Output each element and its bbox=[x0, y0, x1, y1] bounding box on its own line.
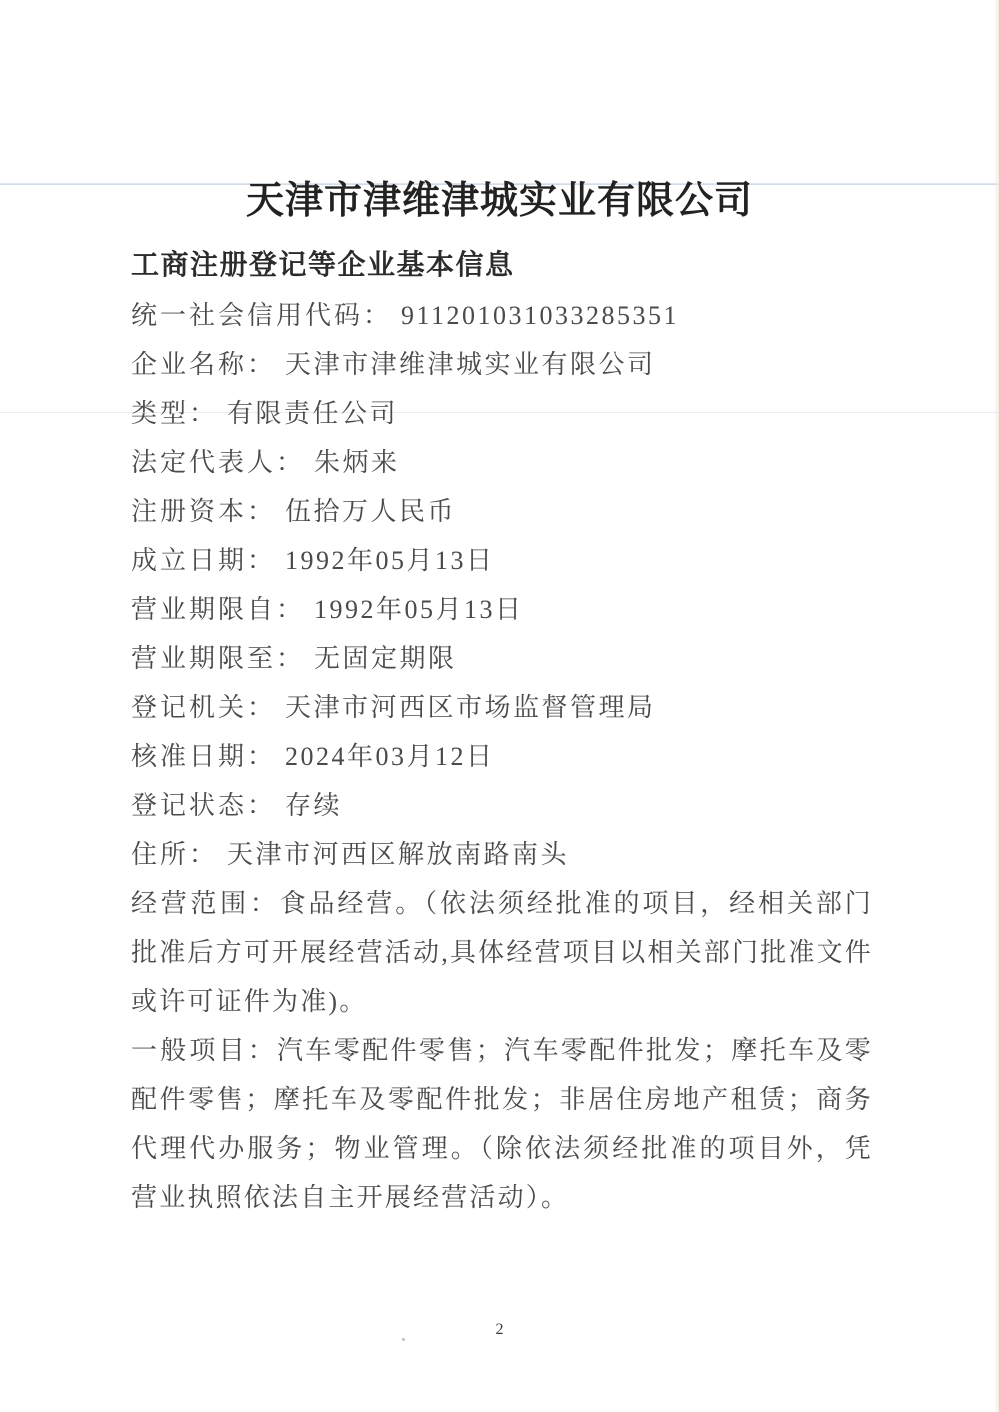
field-label: 营业期限至： bbox=[131, 644, 305, 673]
field-value: 存续 bbox=[285, 791, 342, 820]
field-value: 1992年05月13日 bbox=[314, 595, 524, 624]
field-term-to: 营业期限至：无固定期限 bbox=[131, 634, 873, 683]
field-value: 天津市河西区市场监督管理局 bbox=[285, 693, 656, 722]
field-credit-code: 统一社会信用代码：911201031033285351 bbox=[131, 291, 873, 340]
page-number: 2 bbox=[0, 1320, 999, 1340]
registration-info-body: 统一社会信用代码：911201031033285351 企业名称：天津市津维津城… bbox=[131, 291, 873, 1222]
field-value: 有限责任公司 bbox=[227, 399, 398, 428]
field-value: 天津市河西区解放南路南头 bbox=[227, 840, 569, 869]
field-label: 营业期限自： bbox=[131, 595, 305, 624]
field-label: 住所： bbox=[131, 840, 218, 869]
field-term-from: 营业期限自：1992年05月13日 bbox=[131, 585, 873, 634]
scanned-document-page: 天津市津维津城实业有限公司 工商注册登记等企业基本信息 统一社会信用代码：911… bbox=[0, 0, 999, 1412]
field-value: 朱炳来 bbox=[314, 448, 400, 477]
field-label: 企业名称： bbox=[131, 350, 276, 379]
field-establishment-date: 成立日期：1992年05月13日 bbox=[131, 536, 873, 585]
field-label: 成立日期： bbox=[131, 546, 276, 575]
field-value: 伍拾万人民币 bbox=[285, 497, 456, 526]
field-label: 统一社会信用代码： bbox=[131, 301, 392, 330]
field-company-name: 企业名称：天津市津维津城实业有限公司 bbox=[131, 340, 873, 389]
field-registration-authority: 登记机关：天津市河西区市场监督管理局 bbox=[131, 683, 873, 732]
field-value: 911201031033285351 bbox=[401, 301, 679, 330]
field-label: 类型： bbox=[131, 399, 218, 428]
paragraph-label: 经营范围： bbox=[131, 889, 280, 918]
field-address: 住所：天津市河西区解放南路南头 bbox=[131, 830, 873, 879]
document-title: 天津市津维津城实业有限公司 bbox=[0, 176, 999, 226]
section-heading: 工商注册登记等企业基本信息 bbox=[131, 247, 515, 283]
field-approval-date: 核准日期：2024年03月12日 bbox=[131, 732, 873, 781]
field-registered-capital: 注册资本：伍拾万人民币 bbox=[131, 487, 873, 536]
field-label: 法定代表人： bbox=[131, 448, 305, 477]
field-label: 注册资本： bbox=[131, 497, 276, 526]
field-label: 登记机关： bbox=[131, 693, 276, 722]
field-value: 无固定期限 bbox=[314, 644, 457, 673]
paragraph-label: 一般项目： bbox=[131, 1036, 277, 1065]
field-value: 天津市津维津城实业有限公司 bbox=[285, 350, 656, 379]
field-label: 核准日期： bbox=[131, 742, 276, 771]
field-company-type: 类型：有限责任公司 bbox=[131, 389, 873, 438]
field-value: 1992年05月13日 bbox=[285, 546, 495, 575]
business-scope-paragraph: 经营范围：食品经营。（依法须经批准的项目，经相关部门批准后方可开展经营活动,具体… bbox=[131, 879, 873, 1026]
scan-speck bbox=[402, 1338, 405, 1341]
field-registration-status: 登记状态：存续 bbox=[131, 781, 873, 830]
field-value: 2024年03月12日 bbox=[285, 742, 495, 771]
field-label: 登记状态： bbox=[131, 791, 276, 820]
general-items-paragraph: 一般项目：汽车零配件零售；汽车零配件批发；摩托车及零配件零售；摩托车及零配件批发… bbox=[131, 1026, 873, 1222]
field-legal-representative: 法定代表人：朱炳来 bbox=[131, 438, 873, 487]
